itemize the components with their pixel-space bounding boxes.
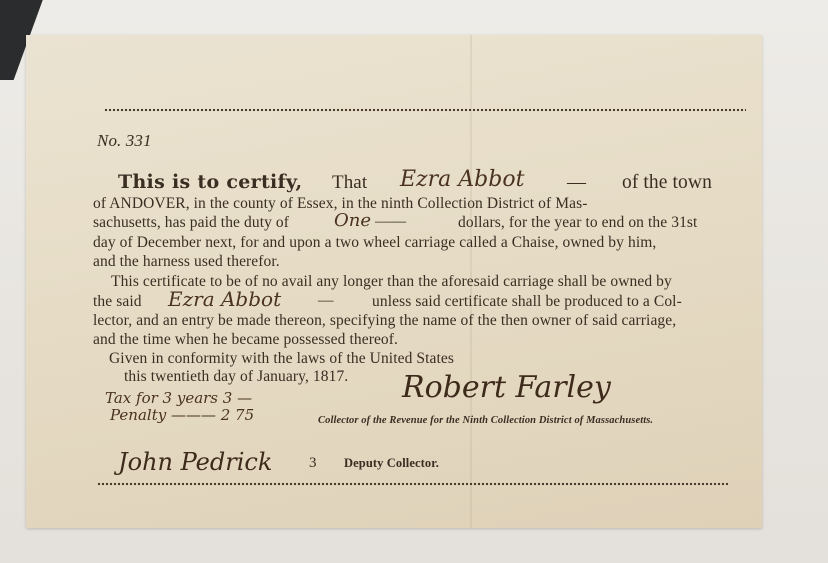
line-harness: and the harness used therefor. — [93, 253, 280, 271]
line-possessed: and the time when he became possessed th… — [93, 331, 398, 349]
the-said: the said — [93, 293, 142, 311]
deputy-title: Deputy Collector. — [344, 456, 439, 471]
certificate-number: No. 331 — [97, 131, 152, 151]
handwritten-name-owner-2: Ezra Abbot — [168, 287, 281, 311]
deputy-signature: John Pedrick — [118, 448, 272, 476]
deputy-number: 3 — [309, 455, 317, 472]
line-paid-duty: sachusetts, has paid the duty of — [93, 214, 289, 232]
given-in-conformity: Given in conformity with the laws of the… — [109, 350, 454, 368]
top-wavy-border — [104, 107, 746, 113]
line-lector: lector, and an entry be made thereon, sp… — [93, 312, 676, 330]
tax-note: Tax for 3 years 3 — — [105, 389, 252, 407]
date-line: this twentieth day of January, 1817. — [124, 368, 348, 386]
dash-2: —— — [375, 213, 406, 231]
dash-1: — — [567, 172, 586, 194]
collector-signature: Robert Farley — [402, 370, 611, 405]
collector-title: Collector of the Revenue for the Ninth C… — [318, 415, 653, 426]
bottom-wavy-border — [97, 481, 729, 487]
handwritten-amount: One — [334, 210, 371, 231]
line-unless: unless said certificate shall be produce… — [372, 293, 682, 311]
penalty-note: Penalty ——— 2 75 — [110, 406, 254, 424]
dash-3: — — [318, 292, 334, 310]
that-word: That — [332, 172, 367, 194]
of-the-town: of the town — [622, 172, 712, 194]
line-december: day of December next, for and upon a two… — [93, 234, 656, 252]
line-dollars: dollars, for the year to end on the 31st — [458, 214, 697, 232]
handwritten-name-owner: Ezra Abbot — [400, 167, 524, 192]
heading-this-is-to-certify: This is to certify, — [118, 171, 302, 193]
